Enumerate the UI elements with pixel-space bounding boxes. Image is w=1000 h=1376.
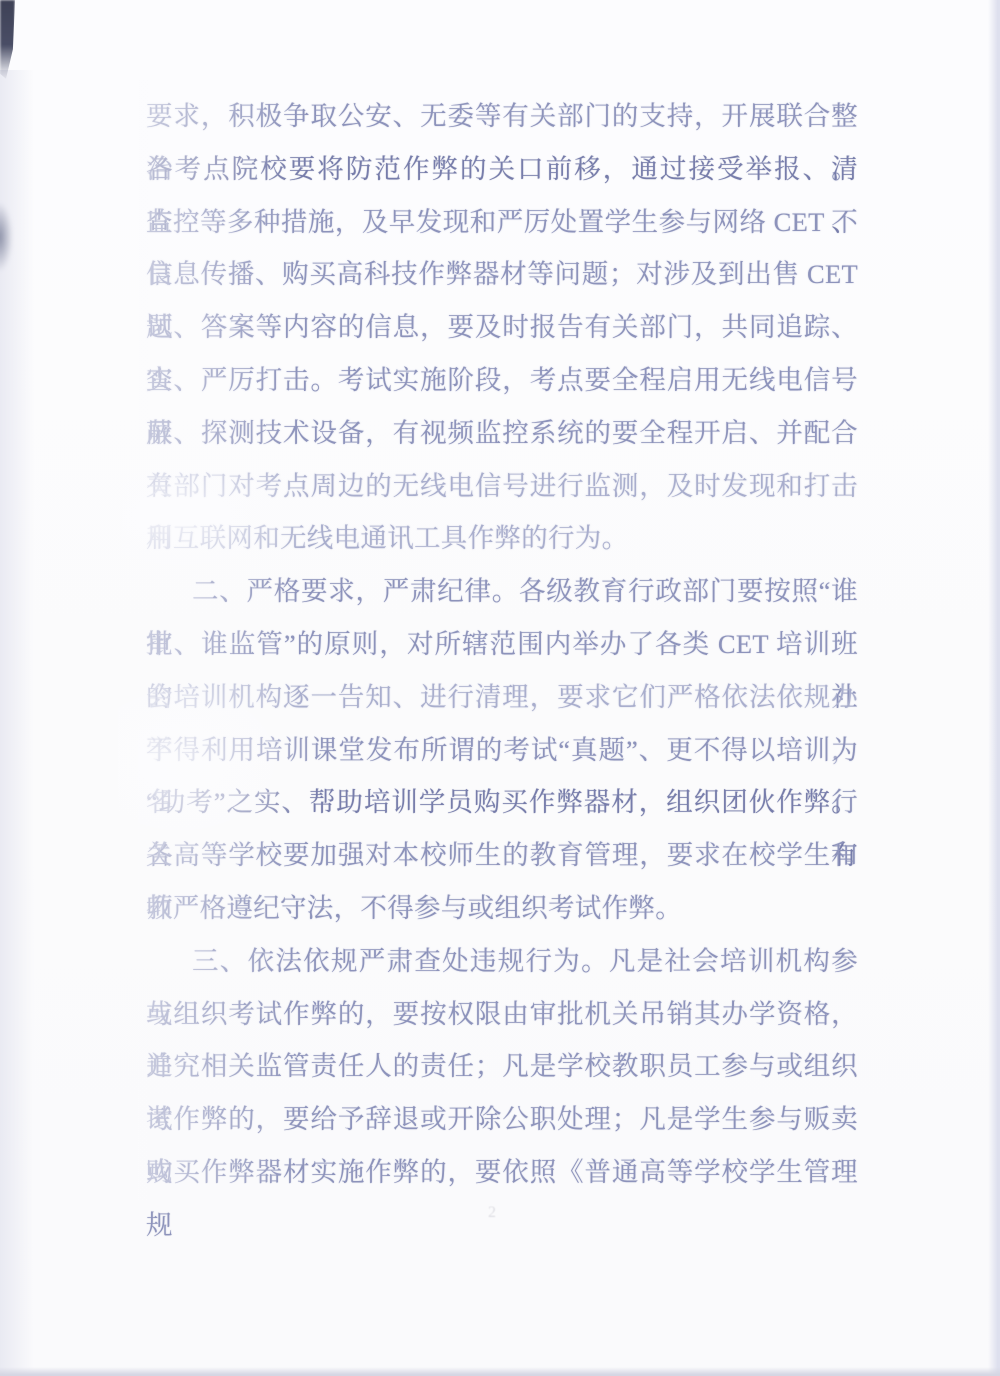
- text-line: 题、答案等内容的信息，要及时报告有关部门，共同追踪、查: [146, 301, 858, 354]
- text-line: 追究相关监管责任人的责任；凡是学校教职员工参与或组织考: [146, 1040, 858, 1093]
- text-line: 蔽、探测技术设备，有视频监控系统的要全程开启、并配合有: [146, 407, 858, 460]
- text-line: 要求，积极争取公安、无委等有关部门的支持，开展联合整治。: [146, 90, 858, 143]
- text-line: 用互联网和无线电通讯工具作弊的行为。: [146, 512, 858, 565]
- text-line: 三、依法依规严肃查处违规行为。凡是社会培训机构参与: [146, 935, 858, 988]
- text-line: 试作弊的，要给予辞退或开除公职处理；凡是学生参与贩卖或: [146, 1093, 858, 1146]
- scan-binding-mark: [0, 204, 12, 270]
- text-line: 批、谁监管”的原则，对所辖范围内举办了各类 CET 培训班的社: [146, 618, 858, 671]
- scanned-page: 要求，积极争取公安、无委等有关部门的支持，开展联合整治。 各考点院校要将防范作弊…: [0, 0, 1000, 1376]
- page-text: 要求，积极争取公安、无委等有关部门的支持，开展联合整治。 各考点院校要将防范作弊…: [146, 90, 858, 1199]
- text-line: 购买作弊器材实施作弊的，要依照《普通高等学校学生管理规: [146, 1146, 858, 1199]
- text-line: 监控等多种措施，及早发现和严厉处置学生参与网络 CET 不良: [146, 196, 858, 249]
- text-line: 二、严格要求，严肃纪律。各级教育行政部门要按照“谁审: [146, 565, 858, 618]
- text-line: 师严格遵纪守法，不得参与或组织考试作弊。: [146, 882, 858, 935]
- text-line: 会培训机构逐一告知、进行清理，要求它们严格依法依规办学，: [146, 671, 858, 724]
- text-line: “助考”之实、帮助培训学员购买作弊器材，组织团伙作弊。各有: [146, 776, 858, 829]
- scan-edge-shadow: [988, 0, 1000, 1376]
- text-line: 关部门对考点周边的无线电信号进行监测，及时发现和打击利: [146, 460, 858, 513]
- text-line: 信息传播、购买高科技作弊器材等问题；对涉及到出售 CET 试: [146, 248, 858, 301]
- text-line: 实、严厉打击。考试实施阶段，考点要全程启用无线电信号屏: [146, 354, 858, 407]
- text-line: 不得利用培训课堂发布所谓的考试“真题”、更不得以培训为名行: [146, 724, 858, 777]
- text-line: 关高等学校要加强对本校师生的教育管理，要求在校学生和教: [146, 829, 858, 882]
- page-number: 2: [477, 1198, 507, 1228]
- text-line: 各考点院校要将防范作弊的关口前移，通过接受举报、清查、: [146, 143, 858, 196]
- text-line: 或组织考试作弊的，要按权限由审批机关吊销其办学资格，并: [146, 988, 858, 1041]
- scan-edge-shadow: [0, 1367, 1000, 1376]
